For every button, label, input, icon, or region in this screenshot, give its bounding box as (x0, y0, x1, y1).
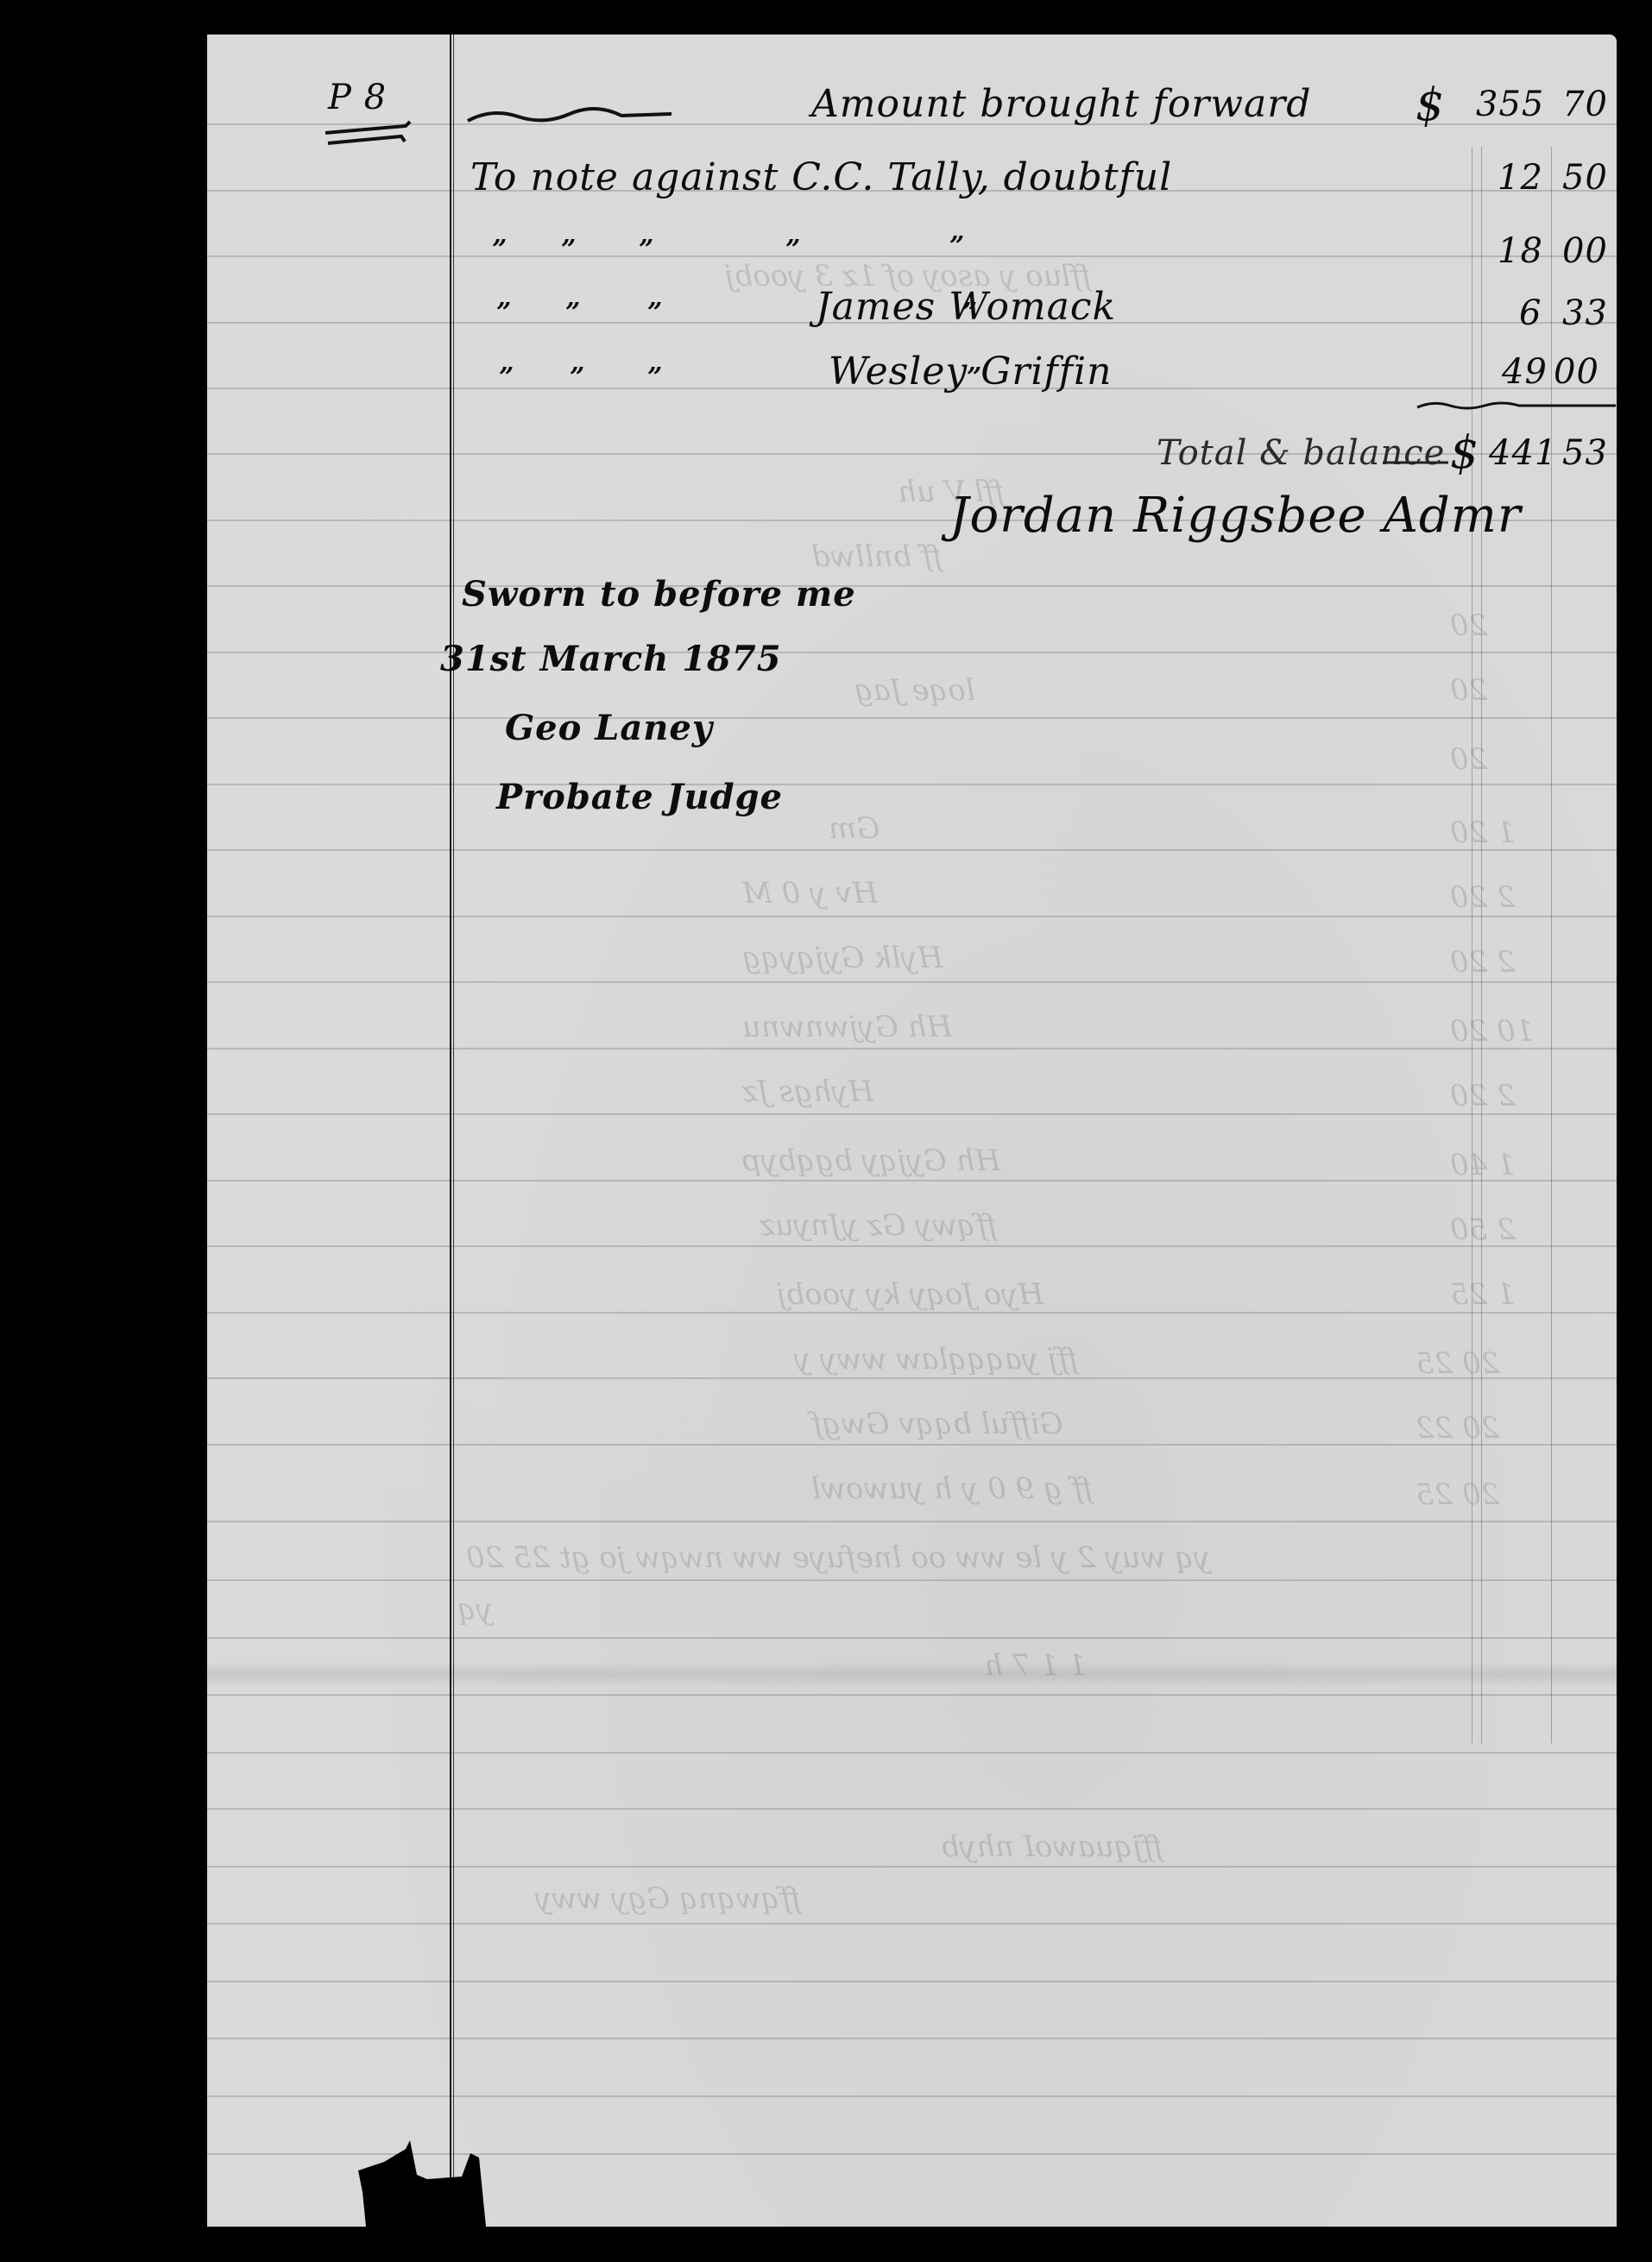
ditto-mark: ” (496, 298, 512, 328)
sum-underline (1416, 397, 1617, 414)
ledger-page: P 8 Amount brought forward $ 355 70 To n… (207, 35, 1617, 2227)
ditto-mark: ” (570, 362, 585, 393)
ditto-mark: ” (949, 231, 965, 261)
left-margin-line-inner (453, 35, 454, 2227)
fold-shadow (207, 1661, 1617, 1687)
ditto-mark: ” (962, 298, 978, 328)
entry-cents: 00 (1554, 352, 1599, 392)
ditto-mark: ” (492, 235, 508, 265)
total-leader-dash (1381, 457, 1450, 468)
ditto-mark: ” (639, 235, 654, 265)
entry-cents: 33 (1562, 293, 1608, 333)
ditto-mark: ” (967, 362, 982, 393)
sworn-before-line: Sworn to before me (462, 574, 856, 614)
ditto-mark: ” (647, 362, 663, 393)
attestation-date: 31st March 1875 (440, 639, 782, 679)
ditto-mark: ” (565, 298, 581, 328)
administrator-signature: Jordan Riggsbee Admr (949, 488, 1522, 544)
leader-squiggle (466, 104, 673, 129)
entry-dollars: 12 (1498, 158, 1543, 198)
page-marker: P 8 (328, 78, 387, 117)
total-dollars: 441 (1489, 433, 1557, 473)
ditto-mark: ” (561, 235, 577, 265)
ditto-mark: ” (499, 362, 514, 393)
amount-brought-forward-label: Amount brought forward (811, 82, 1311, 126)
entry-dollars: 6 (1519, 293, 1542, 333)
brought-forward-cents: 70 (1562, 85, 1608, 124)
entry-dollars: 49 (1502, 352, 1548, 392)
judge-signature: Geo Laney (505, 708, 713, 748)
entry-description: To note against C.C. Tally, doubtful (470, 155, 1172, 199)
left-margin-line (450, 35, 451, 2227)
judge-title: Probate Judge (496, 777, 783, 817)
brought-forward-dollars: 355 (1476, 85, 1544, 124)
total-cents: 53 (1562, 433, 1608, 473)
ditto-mark: ” (647, 298, 663, 328)
scanned-document: P 8 Amount brought forward $ 355 70 To n… (0, 0, 1652, 2262)
dollar-sign: $ (1416, 79, 1445, 131)
page-marker-underline (324, 117, 419, 152)
cents-column-line (1551, 147, 1552, 1743)
total-dollar-sign: $ (1450, 427, 1479, 479)
entry-dollars: 18 (1498, 231, 1543, 271)
entry-cents: 50 (1562, 158, 1608, 198)
torn-paper-notch (358, 2140, 514, 2227)
entry-cents: 00 (1562, 231, 1608, 271)
